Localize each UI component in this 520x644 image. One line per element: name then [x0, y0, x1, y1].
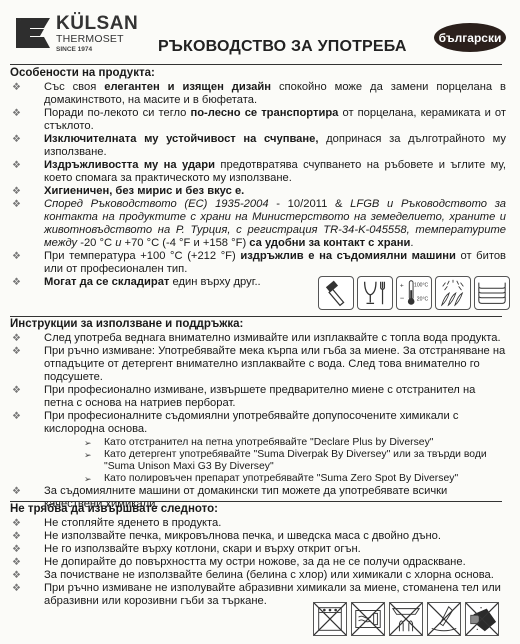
donts-list: ❖Не стопляйте яденето в продукта.❖Не изп… [10, 517, 506, 608]
header: KÜLSAN THERMOSET SINCE 1974 РЪКОВОДСТВО … [0, 0, 520, 64]
bullet-icon: ❖ [12, 81, 21, 94]
bullet-icon: ❖ [12, 517, 21, 530]
bullet-icon: ❖ [12, 107, 21, 120]
features-section: Особености на продукта: ❖Със своя елеган… [10, 67, 506, 289]
no-oven-icon [313, 602, 347, 636]
arrow-bullet-icon: ➢ [84, 473, 92, 485]
no-stovetop-icon [389, 602, 423, 636]
divider [10, 64, 502, 65]
thermometer-icon: +−100°C20°C [396, 276, 432, 310]
language-badge: български [434, 23, 506, 52]
kulsan-logo: KÜLSAN THERMOSET SINCE 1974 [14, 12, 124, 56]
dont-item: ❖Не стопляйте яденето в продукта. [10, 517, 506, 530]
stackable-icon [474, 276, 510, 310]
feature-item: ❖Според Ръководството (ЕС) 1935-2004 - 1… [10, 198, 506, 250]
no-knife-icon [427, 602, 461, 636]
instructions-list: ❖След употреба веднага внимателно измива… [10, 332, 506, 511]
feature-icons: +−100°C20°C [318, 276, 510, 310]
feature-item: ❖При температура +100 °C (+212 °F) издръ… [10, 250, 506, 276]
feature-item: ❖Със своя елегантен и изящен дизайн спок… [10, 81, 506, 107]
instruction-item: ❖При професионално измиване, извършете п… [10, 384, 506, 410]
svg-text:100°C: 100°C [414, 282, 429, 288]
dont-item: ❖За почистване не използвайте белина (бе… [10, 569, 506, 582]
food-safe-glass-fork-icon [357, 276, 393, 310]
feature-item: ❖Поради по-лекото си тегло по-лесно се т… [10, 107, 506, 133]
svg-text:−: − [400, 294, 405, 303]
brand-since: SINCE 1974 [56, 45, 138, 54]
instruction-item: ❖След употреба веднага внимателно измива… [10, 332, 506, 345]
bullet-icon: ❖ [12, 569, 21, 582]
divider [10, 501, 502, 502]
svg-text:20°C: 20°C [417, 297, 429, 303]
instruction-subitem: ➢Като полировъчен препарат употребявайте… [44, 473, 506, 485]
bullet-icon: ❖ [12, 332, 21, 345]
dishwasher-safe-icon [435, 276, 471, 310]
brand-name: KÜLSAN [56, 14, 138, 33]
instruction-item: ❖При професионалните съдомиялни употребя… [10, 410, 506, 485]
bullet-icon: ❖ [12, 198, 21, 211]
page-title: РЪКОВОДСТВО ЗА УПОТРЕБА [158, 38, 407, 56]
arrow-bullet-icon: ➢ [84, 437, 92, 449]
no-abrasive-icon [465, 602, 499, 636]
divider [10, 316, 502, 317]
instructions-title: Инструкции за използване и поддръжка: [10, 318, 506, 331]
instructions-section: Инструкции за използване и поддръжка: ❖С… [10, 318, 506, 511]
brand-subtitle: THERMOSET [56, 33, 138, 45]
svg-text:+: + [400, 282, 404, 289]
bullet-icon: ❖ [12, 250, 21, 263]
bullet-icon: ❖ [12, 133, 21, 146]
feature-item: ❖Изключителната му устойчивост на счупва… [10, 133, 506, 159]
features-title: Особености на продукта: [10, 67, 506, 80]
dont-item: ❖Не използвайте печка, микровълнова печк… [10, 530, 506, 543]
donts-title: Не трябва да извършвате следното: [10, 503, 506, 516]
hammer-impact-icon [318, 276, 354, 310]
bullet-icon: ❖ [12, 345, 21, 358]
no-microwave-icon [351, 602, 385, 636]
features-list: ❖Със своя елегантен и изящен дизайн спок… [10, 81, 506, 289]
kulsan-logo-mark-icon [14, 16, 52, 50]
bullet-icon: ❖ [12, 185, 21, 198]
bullet-icon: ❖ [12, 556, 21, 569]
bullet-icon: ❖ [12, 543, 21, 556]
instruction-subitem: ➢Като детергент употребявайте "Suma Dive… [44, 449, 506, 473]
bullet-icon: ❖ [12, 159, 21, 172]
instruction-subitem: ➢Като отстранител на петна употребявайте… [44, 437, 506, 449]
donts-section: Не трябва да извършвате следното: ❖Не ст… [10, 503, 506, 608]
instruction-item: ❖При ръчно измиване: Употребявайте мека … [10, 345, 506, 384]
bullet-icon: ❖ [12, 582, 21, 595]
bullet-icon: ❖ [12, 276, 21, 289]
dont-item: ❖Не допирайте до повърхността му остри н… [10, 556, 506, 569]
feature-item: ❖Хигиеничен, без мирис и без вкус е. [10, 185, 506, 198]
feature-item: ❖Издръжливостта му на удари предотвратяв… [10, 159, 506, 185]
bullet-icon: ❖ [12, 530, 21, 543]
prohibited-icons [313, 602, 499, 636]
arrow-bullet-icon: ➢ [84, 449, 92, 461]
bullet-icon: ❖ [12, 485, 21, 498]
bullet-icon: ❖ [12, 384, 21, 397]
instruction-sublist: ➢Като отстранител на петна употребявайте… [44, 437, 506, 485]
bullet-icon: ❖ [12, 410, 21, 423]
dont-item: ❖Не го използвайте върху котлони, скари … [10, 543, 506, 556]
